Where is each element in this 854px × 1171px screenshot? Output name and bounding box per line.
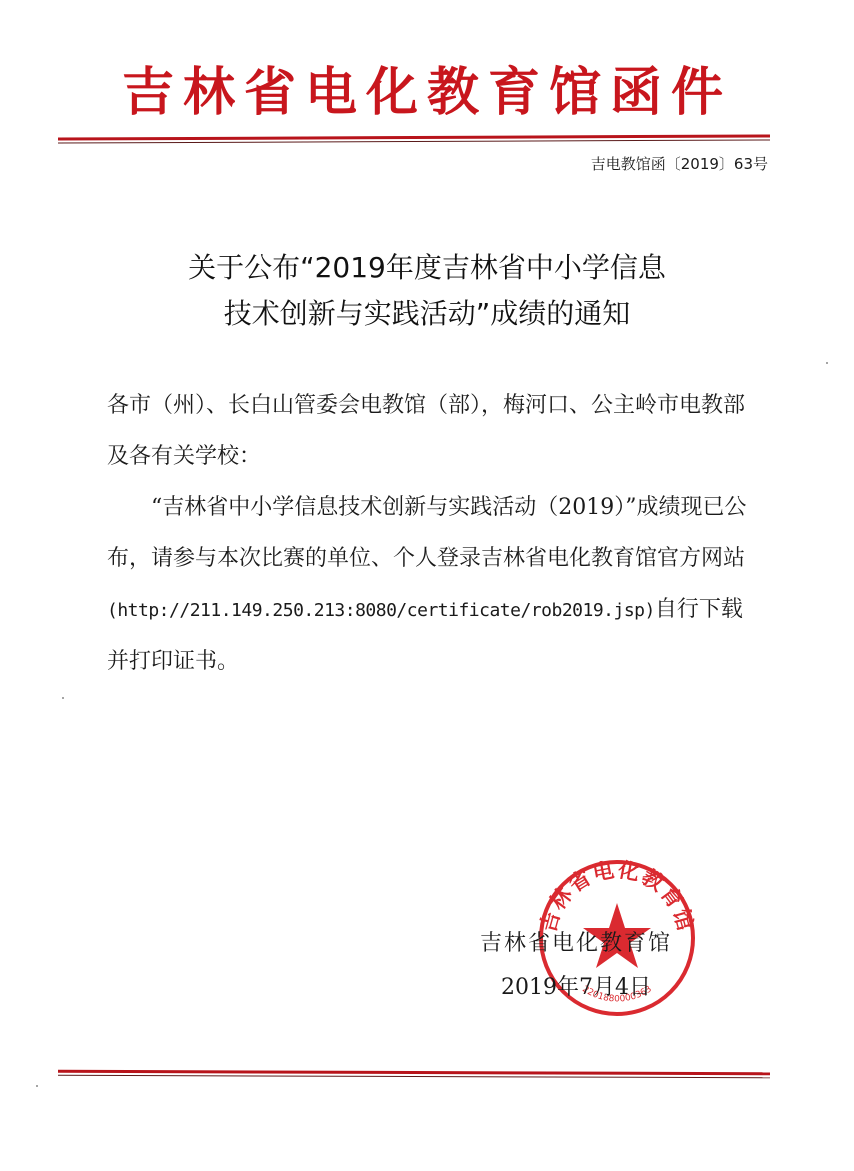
signature-date: 2019年7月4日 <box>480 966 672 1010</box>
signing-organization: 吉林省电化教育馆 <box>480 922 672 966</box>
notice-title-line-1: 关于公布“2019年度吉林省中小学信息 <box>0 245 854 291</box>
scan-speck <box>826 362 828 364</box>
notice-title: 关于公布“2019年度吉林省中小学信息 技术创新与实践活动”成绩的通知 <box>0 245 854 337</box>
certificate-url: (http://211.149.250.213:8080/certificate… <box>107 600 655 621</box>
scan-speck <box>36 1085 38 1087</box>
document-page: 吉林省电化教育馆函件 吉电教馆函〔2019〕63号 关于公布“2019年度吉林省… <box>0 0 854 1171</box>
signature-block: 吉林省电化教育馆 2019年7月4日 <box>480 922 672 1010</box>
letterhead-title: 吉林省电化教育馆函件 <box>0 50 854 125</box>
notice-title-line-2: 技术创新与实践活动”成绩的通知 <box>0 291 854 337</box>
letterhead-divider-top <box>58 134 770 143</box>
footer-divider <box>58 1070 770 1078</box>
document-number: 吉电教馆函〔2019〕63号 <box>591 153 768 174</box>
body-paragraph: “吉林省中小学信息技术创新与实践活动（2019）”成绩现已公布，请参与本次比赛的… <box>107 482 757 687</box>
notice-body: 各市（州）、长白山管委会电教馆（部），梅河口、公主岭市电教部及各有关学校： “吉… <box>107 380 757 687</box>
body-paragraph-text-1: “吉林省中小学信息技术创新与实践活动（2019）”成绩现已公布，请参与本次比赛的… <box>107 495 746 571</box>
salutation: 各市（州）、长白山管委会电教馆（部），梅河口、公主岭市电教部及各有关学校： <box>107 380 757 482</box>
scan-speck <box>62 697 64 699</box>
